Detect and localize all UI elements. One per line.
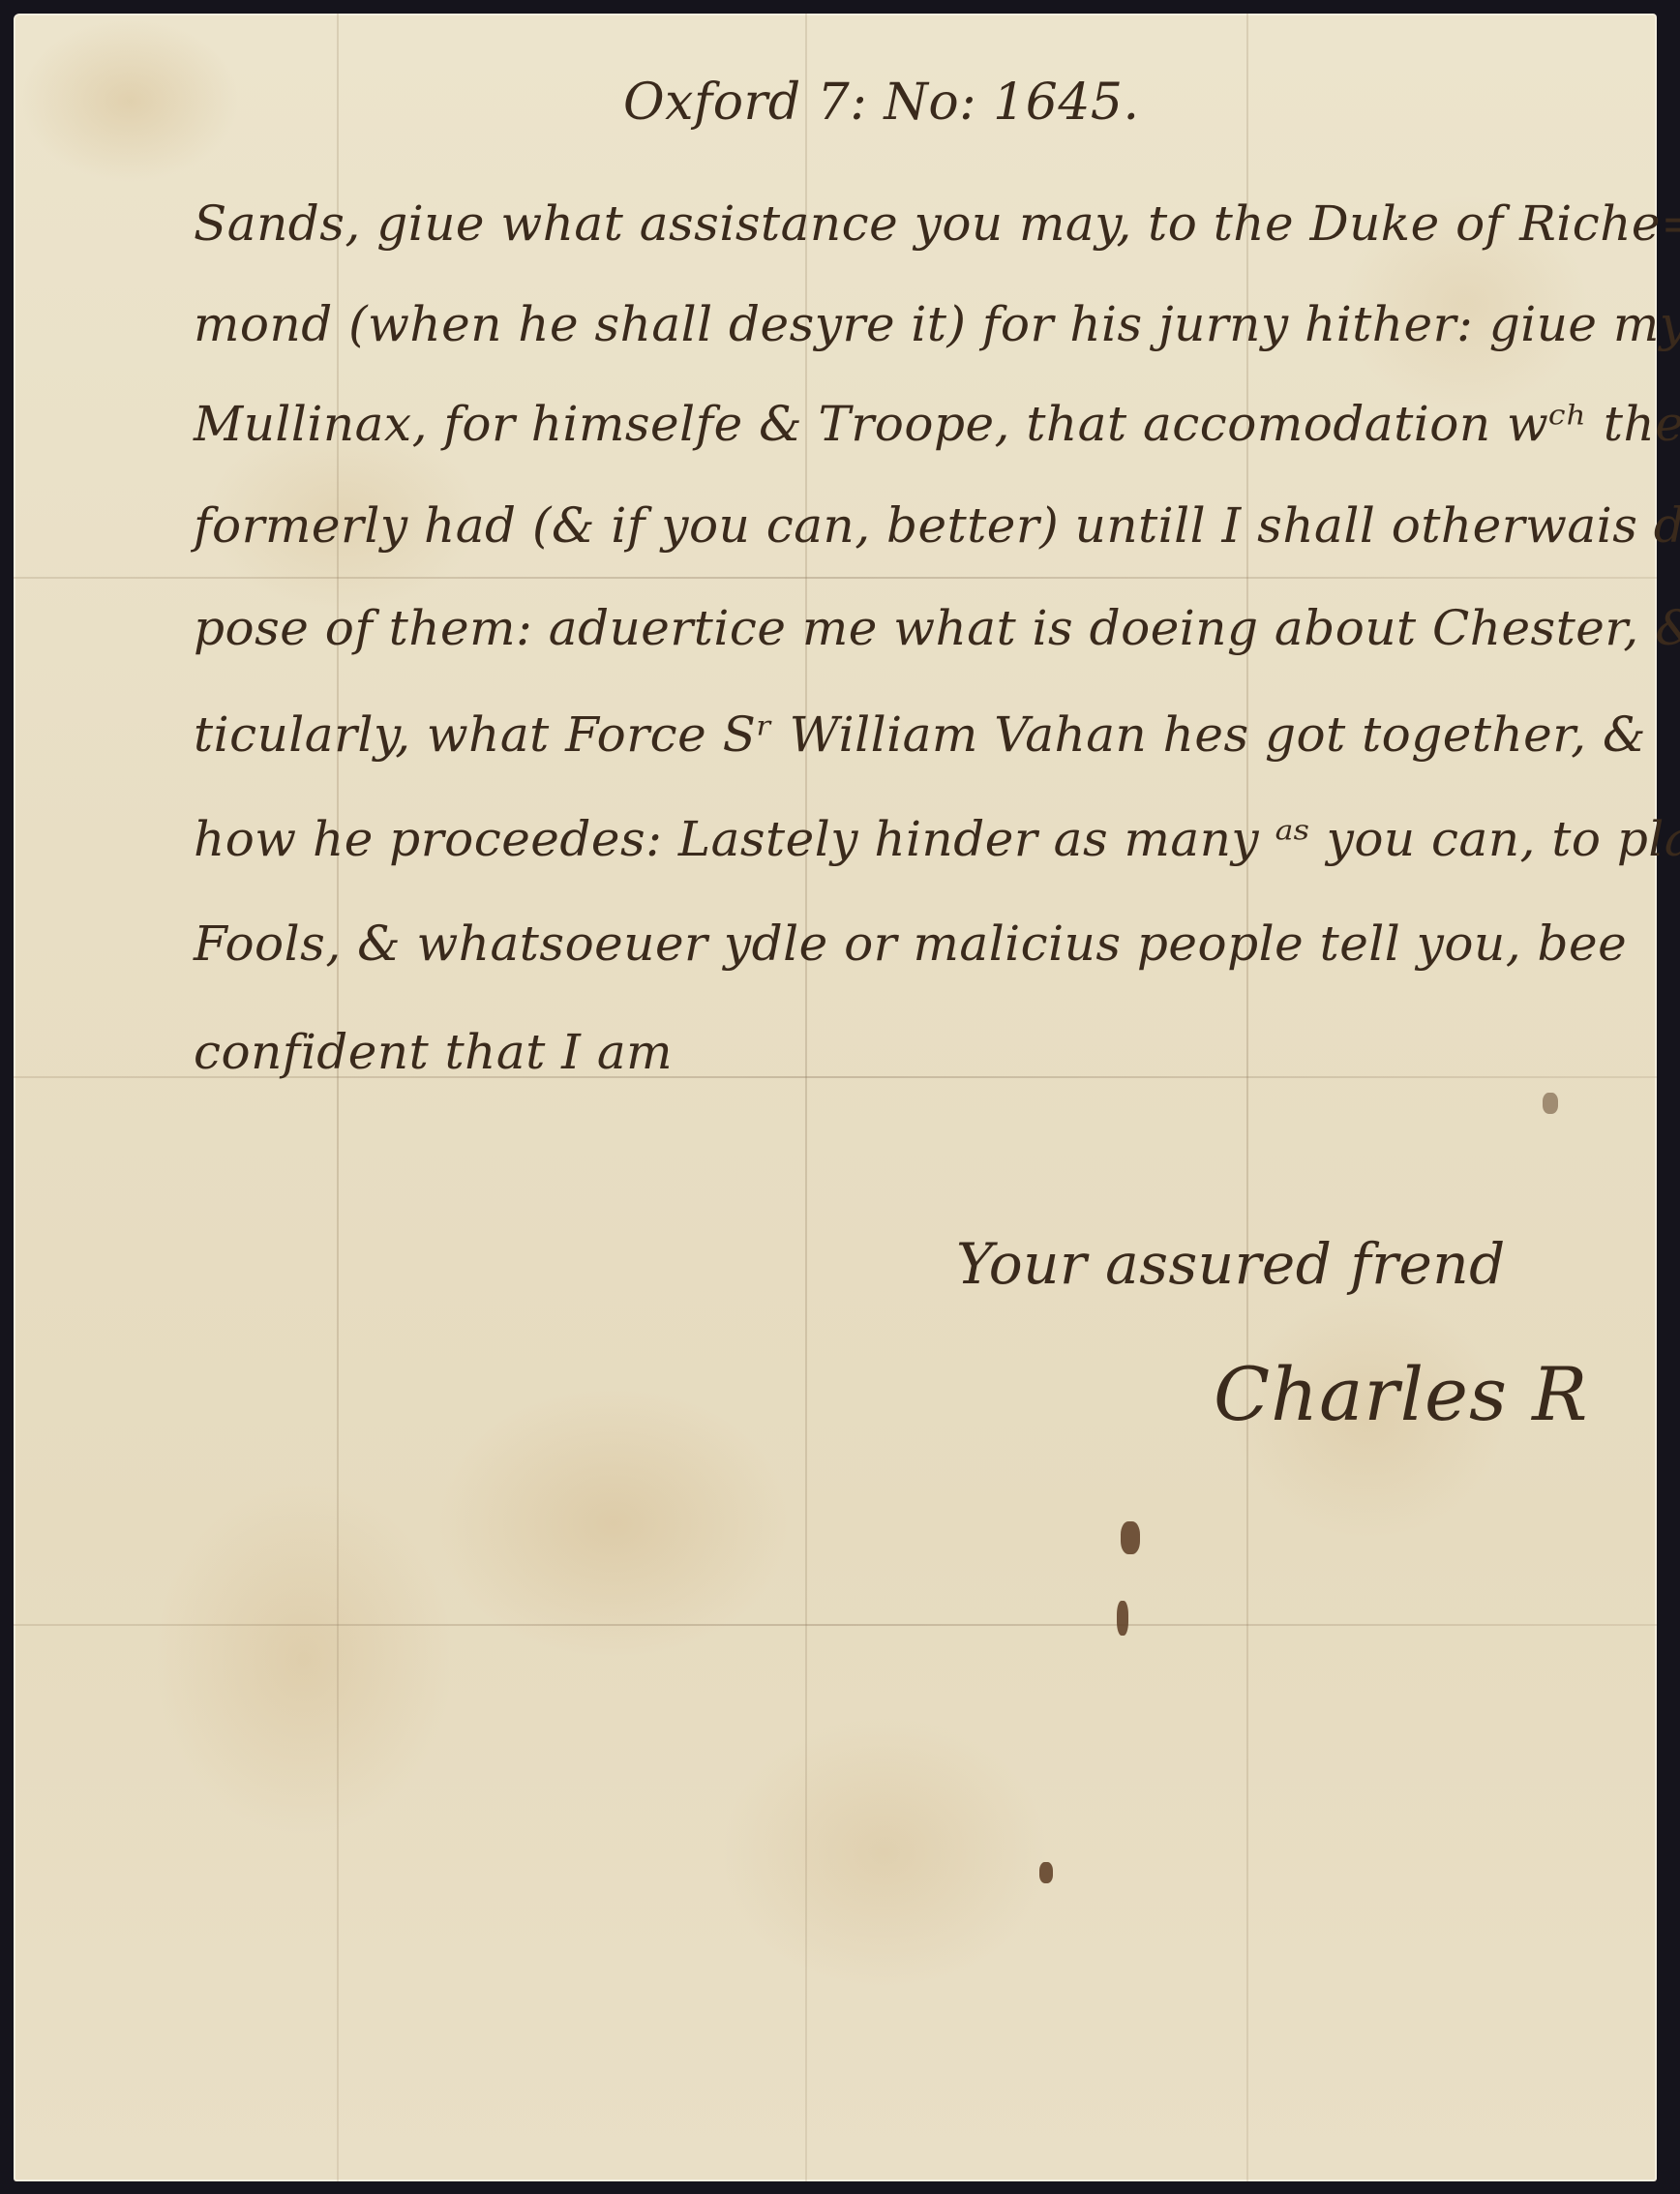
signature: Charles R [1214,1351,1588,1437]
fold-crease-horizontal [14,577,1657,579]
letter-body-line: Fools, & whatsoeuer ydle or malicius peo… [194,916,1627,972]
letter-body-line: pose of them: aduertice me what is doein… [194,600,1680,656]
letter-closing: Your assured frend [956,1231,1506,1297]
letter-body-line: confident that I am [194,1024,673,1080]
letter-body-line: mond (when he shall desyre it) for his j… [194,296,1680,352]
dateline: Oxford 7: No: 1645. [623,74,1140,132]
letter-body-line: formerly had (& if you can, better) unti… [194,497,1680,554]
fold-crease-horizontal [14,1624,1657,1626]
ink-stain [1117,1601,1128,1636]
letter-body-line: how he proceedes: Lastely hinder as many… [194,811,1680,867]
letter-paper: Oxford 7: No: 1645. Sands, giue what ass… [14,14,1657,2181]
ink-stain [1121,1521,1140,1554]
letter-body-line: ticularly, what Force Sʳ William Vahan h… [194,706,1646,763]
letter-body-line: Sands, giue what assistance you may, to … [194,195,1680,252]
ink-stain [1039,1862,1053,1883]
letter-body-line: Mullinax, for himselfe & Troope, that ac… [194,396,1680,452]
ink-stain [1543,1093,1558,1114]
